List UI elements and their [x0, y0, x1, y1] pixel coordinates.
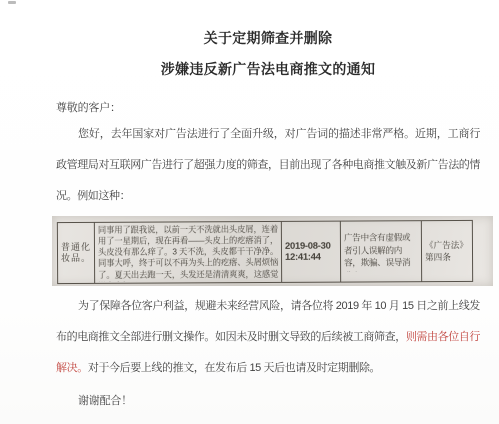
testimonial-text: 同事用了跟我说，以前一天不洗就出头皮屑，连着用了一星期后，现在再看——头皮上的疙…: [98, 223, 278, 281]
time-text: 12:41:44: [285, 252, 337, 263]
notice-title-line2: 涉嫌违反新广告法电商推文的通知: [56, 59, 480, 79]
scan-artifact-mark: [8, 1, 16, 4]
warning-text-normal-2: 对于今后要上线的推文，在发布后 15 天后也请及时定期删除。: [88, 362, 380, 374]
notice-content: 关于定期筛查并删除 涉嫌违反新广告法电商推文的通知 尊敬的客户： 您好，去年国家…: [0, 0, 499, 408]
greeting-line: 尊敬的客户：: [56, 101, 480, 115]
closing-thanks: 谢谢配合！: [56, 394, 480, 408]
evidence-screenshot-photo: 普通化妆品。 同事用了跟我说，以前一天不洗就出头皮屑，连着用了一星期后，现在再看…: [52, 216, 493, 286]
notice-title-line1: 关于定期筛查并删除: [56, 28, 480, 48]
category-cell: 普通化妆品。: [57, 222, 94, 283]
notice-document-page: 关于定期筛查并删除 涉嫌违反新广告法电商推文的通知 尊敬的客户： 您好，去年国家…: [0, 0, 499, 424]
violation-record-table: 普通化妆品。 同事用了跟我说，以前一天不洗就出头皮屑，连着用了一星期后，现在再看…: [57, 220, 473, 284]
paragraph-warning: 为了保障各位客户利益，规避未来经营风险，请各位将 2019 年 10 月 15 …: [56, 291, 480, 384]
paragraph-intro: 您好，去年国家对广告法进行了全面升级，对广告词的描述非常严格。近期，工商行政管理…: [56, 119, 480, 212]
date-text: 2019-08-30: [285, 241, 337, 252]
violation-text: 广告中含有虚假或者引人误解的内容，欺骗、误导消费者:: [344, 231, 418, 271]
testimonial-cell: 同事用了跟我说，以前一天不洗就出头皮屑，连着用了一星期后，现在再看——头皮上的疙…: [94, 221, 281, 283]
law-reference-cell: 《广告法》第四条: [421, 220, 472, 281]
table-row: 普通化妆品。 同事用了跟我说，以前一天不洗就出头皮屑，连着用了一星期后，现在再看…: [57, 220, 472, 283]
timestamp-cell: 2019-08-30 12:41:44: [281, 221, 340, 282]
violation-cell: 广告中含有虚假或者引人误解的内容，欺骗、误导消费者:: [340, 221, 421, 282]
